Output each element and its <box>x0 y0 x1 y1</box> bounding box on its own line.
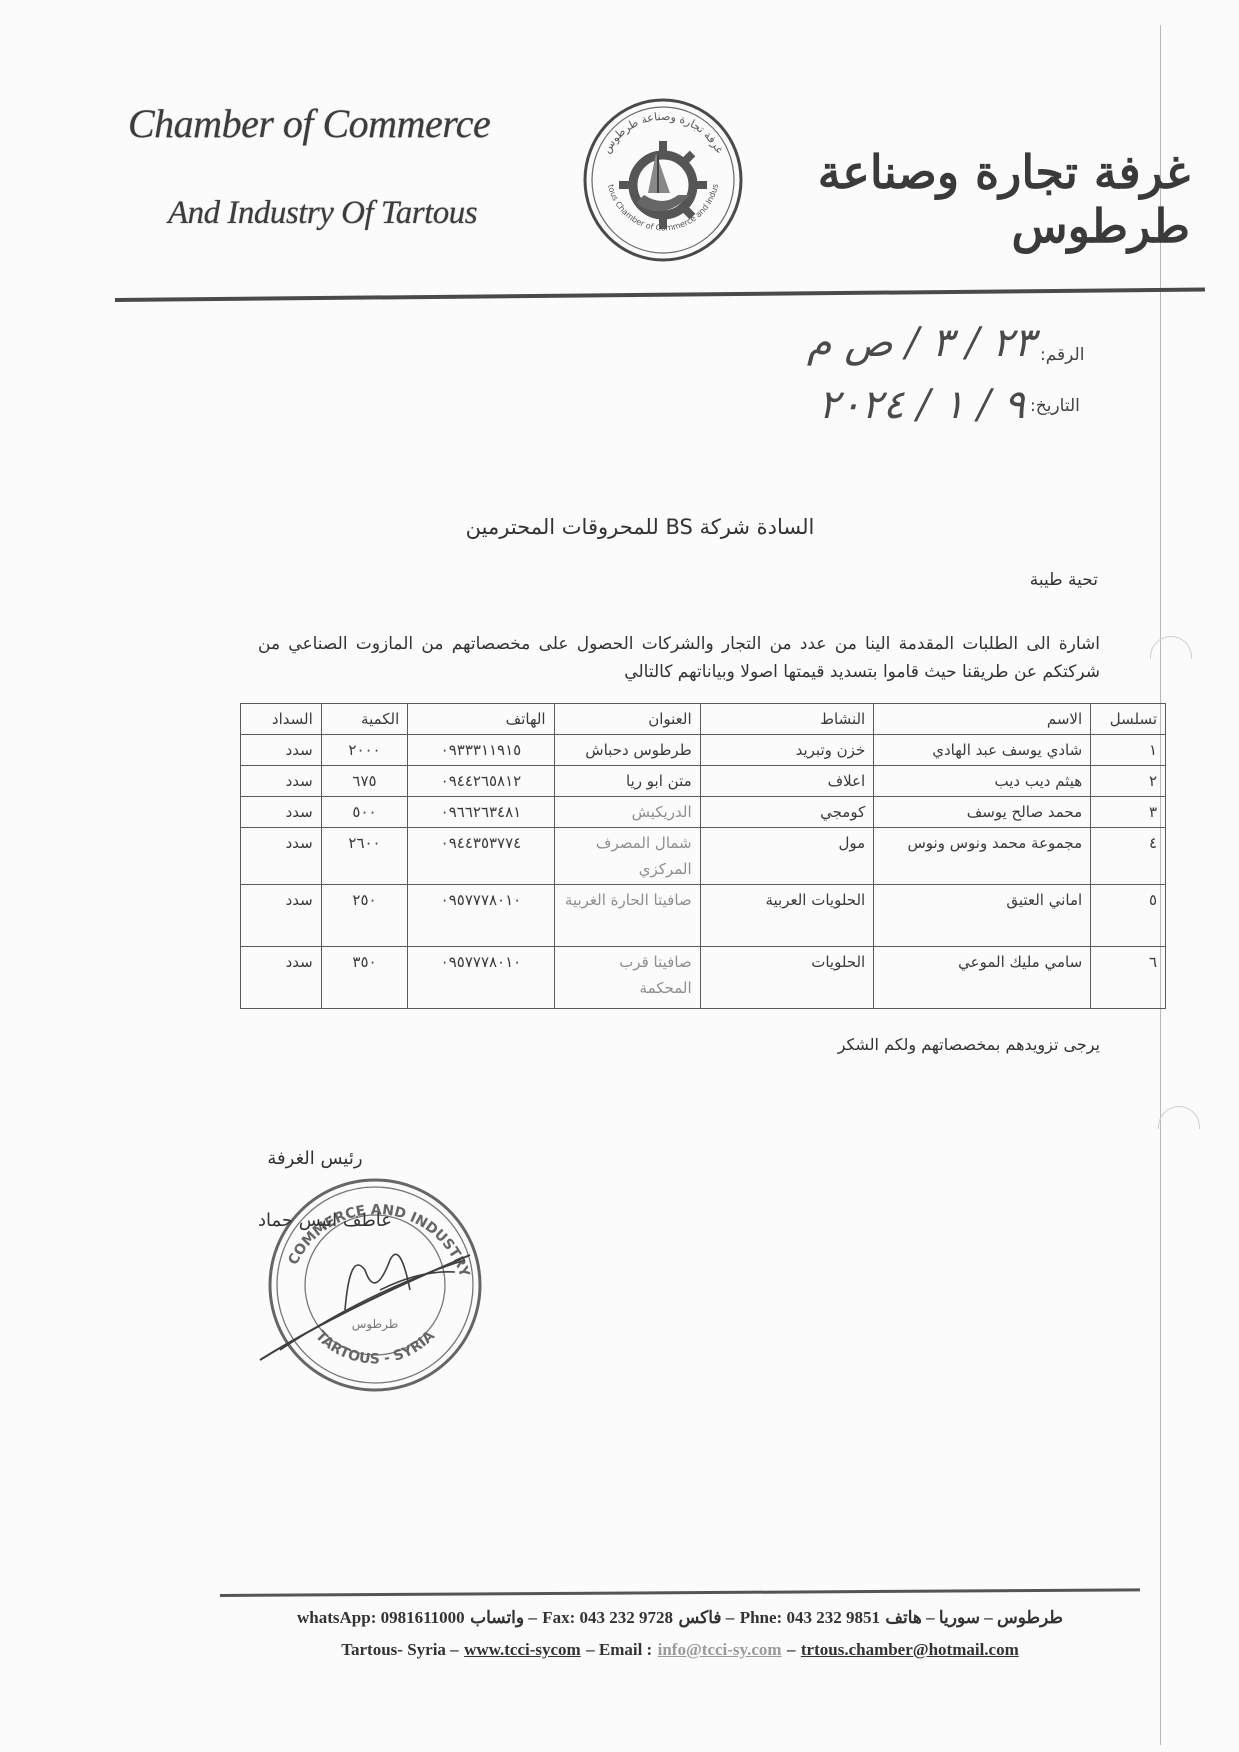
cell-address: متن ابو ريا <box>554 766 700 797</box>
cell-serial: ٤ <box>1091 828 1166 885</box>
cell-activity: مول <box>700 828 874 885</box>
footer-contact-line: whatsApp: 0981611000 – واتساب Fax: 043 2… <box>250 1608 1110 1628</box>
footer-divider <box>220 1588 1140 1597</box>
footer-whatsapp-ar: – واتساب <box>470 1608 537 1627</box>
signature-title: رئيس الغرفة <box>250 1148 380 1169</box>
svg-text:طرطوس: طرطوس <box>352 1317 399 1332</box>
header-english-line2: And Industry Of Tartous <box>168 195 477 232</box>
cell-payment: سدد <box>241 947 322 1009</box>
footer-separator: – <box>787 1640 796 1659</box>
cell-payment: سدد <box>241 766 322 797</box>
cell-serial: ٢ <box>1091 766 1166 797</box>
date-label: التاريخ: <box>1030 396 1080 416</box>
cell-address: شمال المصرف المركزي <box>554 828 700 885</box>
cell-quantity: ٥٠٠ <box>321 797 408 828</box>
footer-email-link-hotmail[interactable]: trtous.chamber@hotmail.com <box>801 1640 1019 1659</box>
signatory-name: عاطف انيس حماد <box>225 1210 425 1231</box>
cell-activity: خزن وتبريد <box>700 735 874 766</box>
table-row: ٢ هيثم ديب ديب اعلاف متن ابو ريا ٠٩٤٤٢٦٥… <box>241 766 1166 797</box>
cell-phone: ٠٩٤٤٢٦٥٨١٢ <box>408 766 554 797</box>
official-stamp-icon: COMMERCE AND INDUSTRY TARTOUS - SYRIA طر… <box>250 1160 500 1410</box>
header-quantity: الكمية <box>321 704 408 735</box>
cell-name: هيثم ديب ديب <box>874 766 1091 797</box>
date-value-handwritten: ٩ / ١ / ٢٠٢٤ <box>790 382 1025 428</box>
footer-location: Tartous- Syria – <box>341 1640 458 1659</box>
cell-quantity: ٦٧٥ <box>321 766 408 797</box>
cell-activity: الحلويات العربية <box>700 885 874 947</box>
cell-activity: كومجي <box>700 797 874 828</box>
header-english-line1: Chamber of Commerce <box>128 100 490 147</box>
cell-payment: سدد <box>241 885 322 947</box>
cell-phone: ٠٩٦٦٢٦٣٤٨١ <box>408 797 554 828</box>
header-serial: تسلسل <box>1091 704 1166 735</box>
cell-name: مجموعة محمد ونوس ونوس <box>874 828 1091 885</box>
cell-name: اماني العتيق <box>874 885 1091 947</box>
cell-quantity: ٢٥٠ <box>321 885 408 947</box>
cell-address: صافيتا قرب المحكمة <box>554 947 700 1009</box>
cell-payment: سدد <box>241 828 322 885</box>
cell-name: شادي يوسف عبد الهادي <box>874 735 1091 766</box>
cell-activity: اعلاف <box>700 766 874 797</box>
chamber-logo-icon: غرفة تجارة وصناعة طرطوس Tartous Chamber … <box>578 95 748 265</box>
header-name: الاسم <box>874 704 1091 735</box>
cell-payment: سدد <box>241 797 322 828</box>
cell-activity: الحلويات <box>700 947 874 1009</box>
footer-fax: Fax: 043 232 9728 <box>542 1608 673 1627</box>
cell-serial: ١ <box>1091 735 1166 766</box>
cell-address: صافيتا الحارة الغربية <box>554 885 700 947</box>
footer-website-link[interactable]: www.tcci-sycom <box>464 1640 581 1659</box>
cell-quantity: ٢٦٠٠ <box>321 828 408 885</box>
cell-serial: ٣ <box>1091 797 1166 828</box>
cell-address: طرطوس دحباش <box>554 735 700 766</box>
footer-whatsapp: whatsApp: 0981611000 <box>297 1608 465 1627</box>
ref-label: الرقم: <box>1040 345 1084 365</box>
cell-name: سامي مليك الموعي <box>874 947 1091 1009</box>
footer-location-ar: طرطوس – سوريا – هاتف <box>885 1608 1063 1627</box>
table-row: ٣ محمد صالح يوسف كومجي الدريكيش ٠٩٦٦٢٦٣٤… <box>241 797 1166 828</box>
header-phone: الهاتف <box>408 704 554 735</box>
header-arabic-title: غرفة تجارة وصناعة طرطوس <box>790 145 1190 253</box>
letter-body: اشارة الى الطلبات المقدمة الينا من عدد م… <box>258 630 1100 686</box>
allocations-table: تسلسل الاسم النشاط العنوان الهاتف الكمية… <box>240 703 1166 1009</box>
cell-serial: ٥ <box>1091 885 1166 947</box>
header-payment: السداد <box>241 704 322 735</box>
footer-phone: Phne: 043 232 9851 <box>740 1608 880 1627</box>
cell-address: الدريكيش <box>554 797 700 828</box>
cell-payment: سدد <box>241 735 322 766</box>
cell-phone: ٠٩٥٧٧٧٨٠١٠ <box>408 947 554 1009</box>
cell-quantity: ٣٥٠ <box>321 947 408 1009</box>
table-row: ٦ سامي مليك الموعي الحلويات صافيتا قرب ا… <box>241 947 1166 1009</box>
cell-serial: ٦ <box>1091 947 1166 1009</box>
header-divider <box>115 288 1205 302</box>
footer-web-line: Tartous- Syria – www.tcci-sycom – Email … <box>250 1640 1110 1660</box>
cell-quantity: ٢٠٠٠ <box>321 735 408 766</box>
table-header-row: تسلسل الاسم النشاط العنوان الهاتف الكمية… <box>241 704 1166 735</box>
cell-name: محمد صالح يوسف <box>874 797 1091 828</box>
hole-punch-mark <box>1150 636 1192 659</box>
cell-phone: ٠٩٤٤٣٥٣٧٧٤ <box>408 828 554 885</box>
greeting: تحية طيبة <box>900 570 1098 590</box>
footer-email-label: – Email : <box>586 1640 652 1659</box>
closing-line: يرجى تزويدهم بمخصصاتهم ولكم الشكر <box>780 1035 1100 1054</box>
hole-punch-mark <box>1158 1106 1200 1129</box>
footer-fax-ar: – فاكس <box>678 1608 734 1627</box>
table-row: ٤ مجموعة محمد ونوس ونوس مول شمال المصرف … <box>241 828 1166 885</box>
table-row: ١ شادي يوسف عبد الهادي خزن وتبريد طرطوس … <box>241 735 1166 766</box>
header-activity: النشاط <box>700 704 874 735</box>
addressee: السادة شركة BS للمحروقات المحترمين <box>300 515 980 539</box>
footer-email-link-info[interactable]: info@tcci-sy.com <box>658 1640 782 1659</box>
table-row: ٥ اماني العتيق الحلويات العربية صافيتا ا… <box>241 885 1166 947</box>
svg-text:TARTOUS - SYRIA: TARTOUS - SYRIA <box>312 1328 438 1368</box>
cell-phone: ٠٩٥٧٧٧٨٠١٠ <box>408 885 554 947</box>
header-address: العنوان <box>554 704 700 735</box>
cell-phone: ٠٩٣٣٣١١٩١٥ <box>408 735 554 766</box>
ref-value-handwritten: ٢٣ / ٣ / ص م <box>770 320 1035 366</box>
